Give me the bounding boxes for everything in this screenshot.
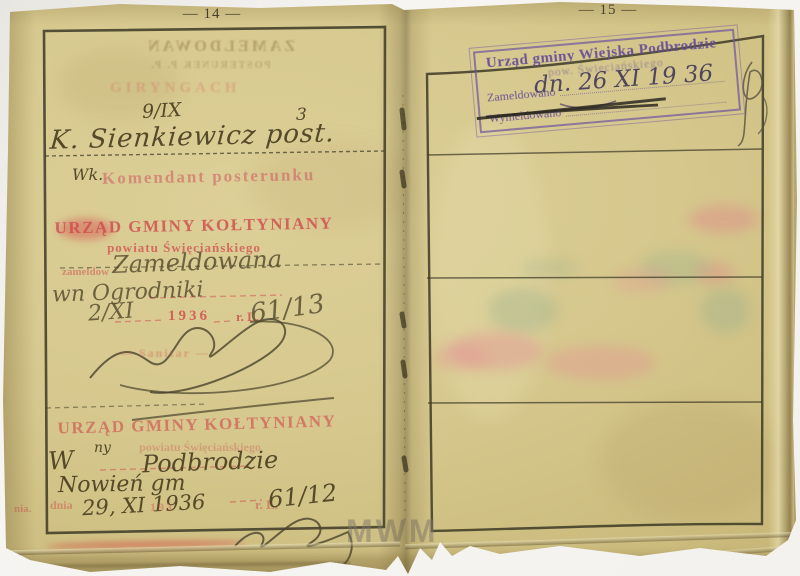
- form-label-dnia: dnia: [50, 498, 73, 513]
- handwritten-stamp-date: dn. 26 XI 19 36: [533, 60, 714, 98]
- right-page-divider: [428, 402, 762, 403]
- booklet-paper: — 14 — ZAMELDOWAN POSTERUNEK P. P. GIRYN…: [0, 0, 800, 576]
- handwritten-initials: Wk.: [72, 165, 103, 184]
- handwritten-superscript: ny: [94, 440, 111, 456]
- stamp-komendant-posterunku: Komendant posterunku: [102, 165, 316, 189]
- handwritten-zameldowana: Zameldowana: [112, 245, 283, 279]
- stitch-knot: [402, 314, 404, 326]
- form-year: 1936: [168, 308, 210, 325]
- red-form-rule: [214, 321, 232, 322]
- handwritten-date-top: 9/IX: [141, 99, 182, 123]
- scanned-document: — 14 — ZAMELDOWAN POSTERUNEK P. P. GIRYN…: [0, 0, 800, 576]
- page-number-right: — 15 —: [568, 2, 648, 19]
- signature-flourish: [235, 519, 352, 566]
- stitch-knot: [404, 458, 406, 470]
- form-year-2: 193: [150, 500, 174, 515]
- stamp-powiat: pow. Święciańskiego: [477, 51, 735, 85]
- right-page-divider: [427, 277, 762, 278]
- bleedthrough-stamp-line2: POSTERUNEK P. P.: [100, 60, 320, 71]
- stamp-wymeldowano-label: Wymeldowano: [488, 105, 562, 126]
- stamp-zameldowano-label: Zameldowano: [486, 85, 556, 106]
- stitch-knot: [402, 172, 404, 186]
- watermark-text: MWM: [346, 513, 439, 550]
- strikethrough-bar: [477, 97, 666, 120]
- page-number-left: — 14 —: [172, 6, 252, 23]
- stamp-urzad-gminy-podbrodzie: Urząd gminy Wiejska Podbrodzie pow. Świę…: [473, 29, 741, 134]
- stitch-knot: [403, 362, 405, 376]
- handwritten-date-mid: 2/XI: [87, 298, 134, 326]
- form-label-zameldow: zameldow: [62, 266, 109, 278]
- right-page-divider: [427, 149, 762, 155]
- bleedthrough-stamp-line3: GIRYNGACH: [110, 80, 240, 97]
- faded-stamp-sanitar: — Sanitar —: [120, 346, 210, 361]
- stamp-dotted-line: [565, 102, 726, 117]
- stamp-dotted-line: [560, 81, 725, 96]
- margin-stamp-fragment: nia.: [14, 503, 31, 515]
- stitch-knot: [402, 110, 404, 128]
- form-rule-dotted: [46, 404, 208, 408]
- handwritten-prefix: W: [47, 445, 74, 475]
- bleedthrough-stamp-line1: ZAMELDOWAN: [118, 38, 322, 56]
